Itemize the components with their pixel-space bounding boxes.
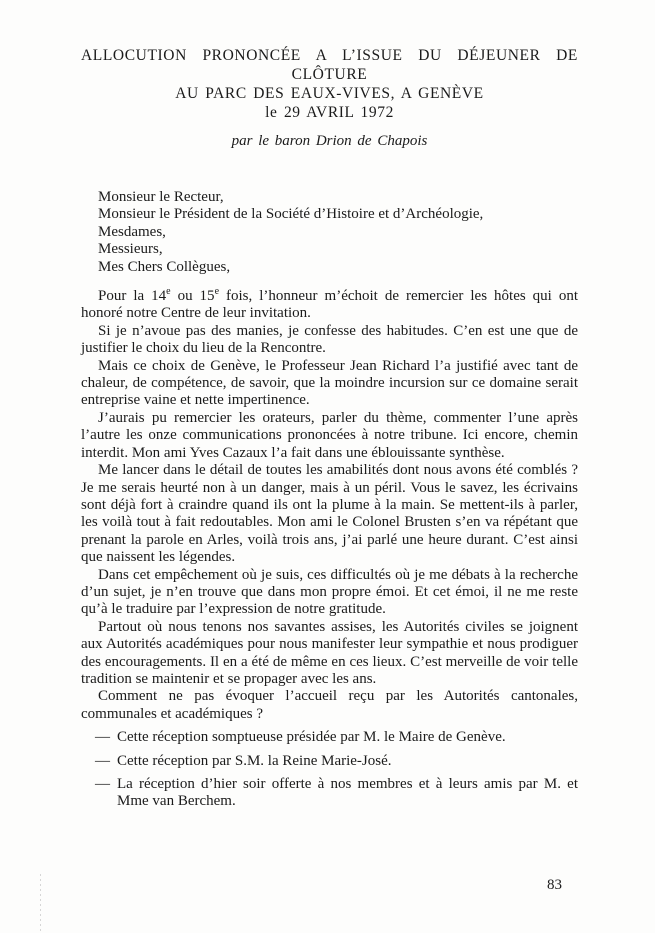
paragraph-1: Pour la 14e ou 15e fois, l’honneur m’éch… [81,288,578,323]
salutation-block: Monsieur le Recteur, Monsieur le Préside… [81,189,578,276]
salutation-line-4: Messieurs, [98,241,578,258]
salutation-line-2: Monsieur le Président de la Société d’Hi… [98,206,578,223]
paragraph-6: Dans cet empêchement où je suis, ces dif… [81,567,578,619]
paragraph-5: Me lancer dans le détail de toutes les a… [81,462,578,566]
salutation-line-5: Mes Chers Collègues, [98,259,578,276]
paragraph-2: Si je n’avoue pas des manies, je confess… [81,323,578,358]
subtitle: AU PARC DES EAUX-VIVES, A GENÈVE [81,84,578,103]
paragraph-7: Partout où nous tenons nos savantes assi… [81,619,578,689]
page-number: 83 [547,877,562,894]
receptions-list: — Cette réception somptueuse présidée pa… [81,729,578,811]
em-dash-1: — [95,729,110,746]
list-item-1-text: Cette réception somptueuse présidée par … [117,729,506,745]
list-item-3: — La réception d’hier soir offerte à nos… [81,776,578,811]
date-line: le 29 AVRIL 1972 [81,103,578,122]
paragraph-3: Mais ce choix de Genève, le Professeur J… [81,358,578,410]
document-title: ALLOCUTION PRONONCÉE A L’ISSUE DU DÉJEUN… [81,46,578,84]
scan-artifact-line [40,874,41,933]
paragraph-1-text-b: ou 15 [171,288,215,304]
title-line-2: CLÔTURE [81,65,578,84]
salutation-line-3: Mesdames, [98,224,578,241]
byline: par le baron Drion de Chapois [81,132,578,151]
list-item-2-text: Cette réception par S.M. la Reine Marie-… [117,753,392,769]
em-dash-2: — [95,753,110,770]
title-line-1: ALLOCUTION PRONONCÉE A L’ISSUE DU DÉJEUN… [81,46,578,65]
em-dash-3: — [95,776,110,793]
list-item-1: — Cette réception somptueuse présidée pa… [81,729,578,746]
document-header: ALLOCUTION PRONONCÉE A L’ISSUE DU DÉJEUN… [81,46,578,151]
paragraph-4: J’aurais pu remercier les orateurs, parl… [81,410,578,462]
list-item-2: — Cette réception par S.M. la Reine Mari… [81,753,578,770]
paragraph-8: Comment ne pas évoquer l’accueil reçu pa… [81,688,578,723]
list-item-3-text: La réception d’hier soir offerte à nos m… [117,776,578,809]
speech-body: Pour la 14e ou 15e fois, l’honneur m’éch… [81,288,578,723]
paragraph-1-text-a: Pour la 14 [98,288,166,304]
document-page: ALLOCUTION PRONONCÉE A L’ISSUE DU DÉJEUN… [0,0,655,933]
salutation-line-1: Monsieur le Recteur, [98,189,578,206]
